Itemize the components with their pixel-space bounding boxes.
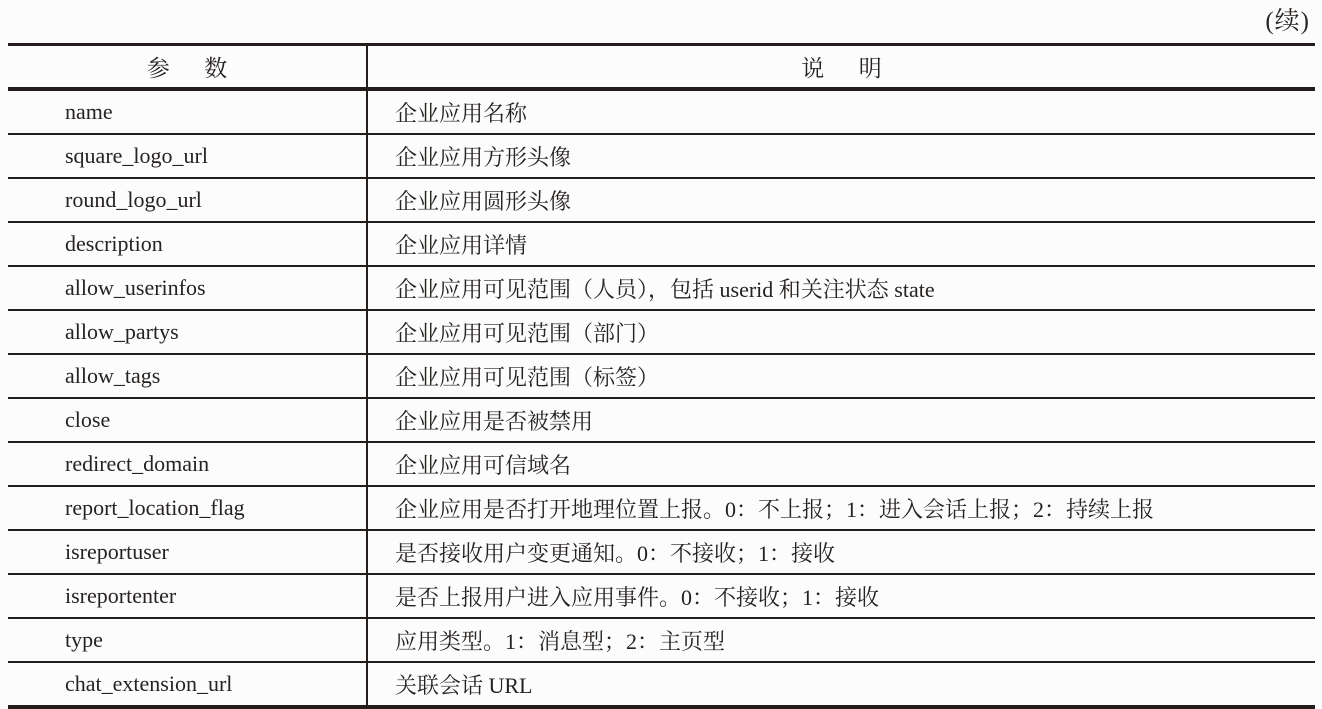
parameter-cell: name bbox=[8, 89, 367, 134]
table-row: isreportenter 是否上报用户进入应用事件。0：不接收；1：接收 bbox=[8, 574, 1315, 618]
parameter-cell: isreportenter bbox=[8, 574, 367, 618]
table-row: type 应用类型。1：消息型；2：主页型 bbox=[8, 618, 1315, 662]
parameter-table: 参 数 说 明 name 企业应用名称 square_logo_url 企业应用… bbox=[8, 43, 1315, 709]
description-cell: 企业应用名称 bbox=[367, 89, 1315, 134]
description-cell: 企业应用方形头像 bbox=[367, 134, 1315, 178]
parameter-cell: round_logo_url bbox=[8, 178, 367, 222]
description-cell: 是否上报用户进入应用事件。0：不接收；1：接收 bbox=[367, 574, 1315, 618]
parameter-cell: report_location_flag bbox=[8, 486, 367, 530]
table-row: chat_extension_url 关联会话 URL bbox=[8, 662, 1315, 707]
parameter-cell: allow_userinfos bbox=[8, 266, 367, 310]
parameter-cell: type bbox=[8, 618, 367, 662]
description-cell: 企业应用可见范围（部门） bbox=[367, 310, 1315, 354]
parameter-cell: allow_tags bbox=[8, 354, 367, 398]
description-cell: 是否接收用户变更通知。0：不接收；1：接收 bbox=[367, 530, 1315, 574]
parameter-cell: square_logo_url bbox=[8, 134, 367, 178]
description-cell: 企业应用可信域名 bbox=[367, 442, 1315, 486]
table-row: round_logo_url 企业应用圆形头像 bbox=[8, 178, 1315, 222]
description-cell: 企业应用详情 bbox=[367, 222, 1315, 266]
column-header-description: 说 明 bbox=[367, 45, 1315, 90]
description-cell: 企业应用圆形头像 bbox=[367, 178, 1315, 222]
continued-marker: (续) bbox=[1265, 1, 1310, 37]
description-cell: 企业应用可见范围（标签） bbox=[367, 354, 1315, 398]
description-cell: 企业应用是否被禁用 bbox=[367, 398, 1315, 442]
description-cell: 企业应用可见范围（人员），包括 userid 和关注状态 state bbox=[367, 266, 1315, 310]
table-row: name 企业应用名称 bbox=[8, 89, 1315, 134]
table-row: close 企业应用是否被禁用 bbox=[8, 398, 1315, 442]
table-row: isreportuser 是否接收用户变更通知。0：不接收；1：接收 bbox=[8, 530, 1315, 574]
parameter-cell: isreportuser bbox=[8, 530, 367, 574]
table-body: name 企业应用名称 square_logo_url 企业应用方形头像 rou… bbox=[8, 89, 1315, 707]
table-header: 参 数 说 明 bbox=[8, 45, 1315, 90]
table-row: description 企业应用详情 bbox=[8, 222, 1315, 266]
table-row: allow_partys 企业应用可见范围（部门） bbox=[8, 310, 1315, 354]
description-cell: 企业应用是否打开地理位置上报。0：不上报；1：进入会话上报；2：持续上报 bbox=[367, 486, 1315, 530]
table-row: redirect_domain 企业应用可信域名 bbox=[8, 442, 1315, 486]
description-cell: 应用类型。1：消息型；2：主页型 bbox=[367, 618, 1315, 662]
document-page: { "page": { "continued_marker": "(续)" },… bbox=[0, 0, 1322, 709]
table-row: report_location_flag 企业应用是否打开地理位置上报。0：不上… bbox=[8, 486, 1315, 530]
parameter-cell: close bbox=[8, 398, 367, 442]
column-header-parameter: 参 数 bbox=[8, 45, 367, 90]
table-row: allow_tags 企业应用可见范围（标签） bbox=[8, 354, 1315, 398]
parameter-cell: allow_partys bbox=[8, 310, 367, 354]
table-row: square_logo_url 企业应用方形头像 bbox=[8, 134, 1315, 178]
parameter-cell: chat_extension_url bbox=[8, 662, 367, 707]
parameter-cell: description bbox=[8, 222, 367, 266]
table-row: allow_userinfos 企业应用可见范围（人员），包括 userid 和… bbox=[8, 266, 1315, 310]
parameter-cell: redirect_domain bbox=[8, 442, 367, 486]
description-cell: 关联会话 URL bbox=[367, 662, 1315, 707]
